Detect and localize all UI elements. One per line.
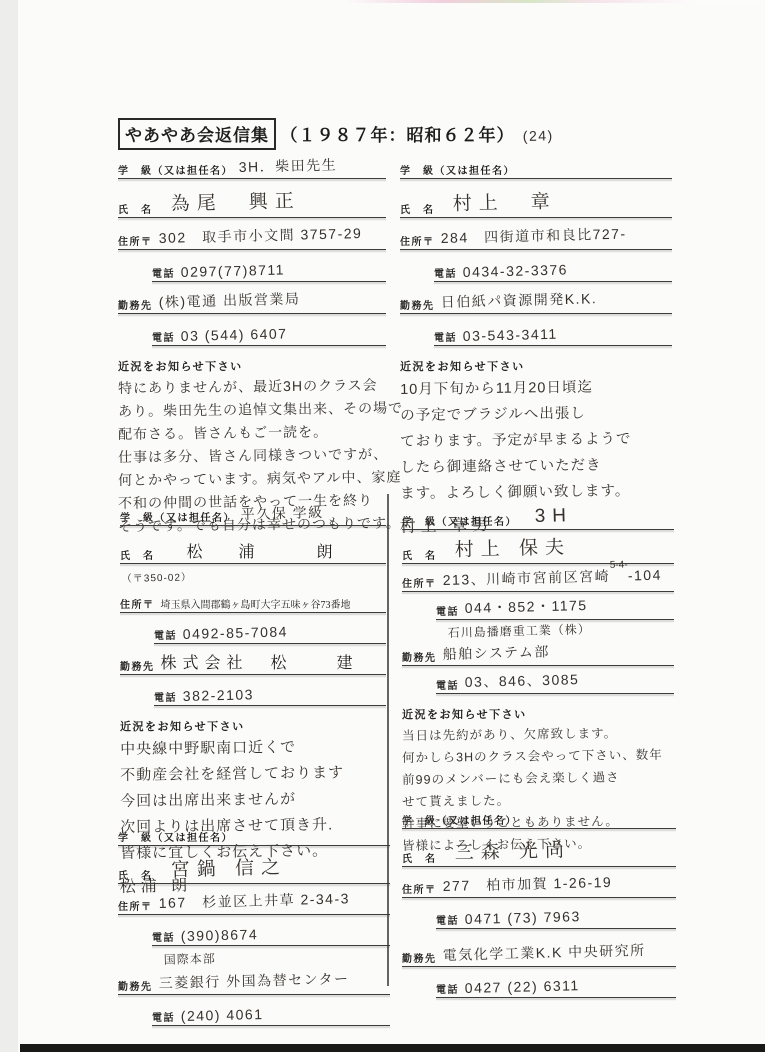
workplace-row: 勤務先 日伯紙パ資源開発K.K. (400, 288, 672, 314)
workplace-label: 勤務先 (402, 649, 437, 664)
work-phone-value: 03、846、3085 (465, 669, 580, 692)
name-label: 氏 名 (118, 867, 153, 882)
class-row: 学 級（又は担任名） (402, 803, 676, 829)
news-label: 近況をお知らせ下さい (400, 358, 672, 374)
class-label: 学 級（又は担任名） (118, 162, 233, 177)
postal-note: （〒350-02） (122, 568, 192, 585)
news-label: 近況をお知らせ下さい (118, 358, 386, 374)
work-phone-value: 382-2103 (183, 686, 255, 704)
name-value: 宮鍋 信之 (170, 852, 287, 882)
workplace-company-line: 石川島播磨重工業（株） (448, 620, 591, 641)
phone-label: 電話 (434, 265, 457, 280)
class-row: 学 級（又は担任名） (400, 153, 672, 179)
class-label: 学 級（又は担任名） (402, 812, 517, 827)
class-value: 平久保 学級 (241, 502, 324, 524)
address-value: 213、川崎市宮前区宮崎5-4--104 (442, 565, 662, 590)
message-line: 不動産会社を経営しております (120, 761, 386, 790)
phone-label: 電話 (436, 603, 459, 618)
work-phone-value: 03 (544) 6407 (181, 325, 288, 344)
phone-row: 電話 0297(77)8711 (152, 256, 386, 282)
workplace-label: 勤務先 (402, 950, 437, 965)
message-line: 10月下旬から11月20日頃迄 (400, 375, 672, 404)
class-row: 学 級（又は担任名） 平久保 学級 (120, 500, 386, 526)
work-phone-row: 電話 03、846、3085 (436, 670, 674, 694)
workplace-value: 株式会社 松 建 (161, 650, 359, 673)
phone-label: 電話 (436, 981, 459, 996)
scan-bottom-edge (20, 1044, 765, 1052)
address-superscript: 5-4- (609, 559, 627, 570)
phone-label: 電話 (434, 329, 457, 344)
address-row: 住所〒 167 杉並区上井草 2-34-3 (118, 889, 390, 915)
class-label: 学 級（又は担任名） (402, 513, 517, 528)
address-row: 住所〒 埼玉県入間郡鶴ヶ島町大字五味ヶ谷73番地 (120, 587, 386, 613)
phone-value: 0492-85-7084 (183, 623, 289, 642)
workplace-row: 勤務先 株式会社 松 建 (120, 649, 386, 675)
address-value: 302 取手市小文間 3757-29 (158, 223, 362, 248)
address-label: 住所〒 (118, 898, 153, 913)
work-phone-row: 電話 03-543-3411 (434, 320, 672, 346)
address-label: 住所〒 (402, 575, 437, 590)
address-label: 住所〒 (400, 233, 435, 248)
workplace-row: 勤務先 三菱銀行 外国為替センター (118, 969, 390, 995)
address-row: 住所〒 302 取手市小文間 3757-29 (118, 224, 386, 250)
name-label: 氏 名 (402, 547, 437, 562)
work-phone-value: 03-543-3411 (463, 326, 558, 344)
phone-label: 電話 (436, 677, 459, 692)
class-value: 3H (534, 505, 573, 528)
class-value: 3H．柴田先生 (239, 155, 338, 177)
message-line: 中央線中野駅南口近くで (120, 735, 386, 764)
workplace-division-note: 国際本部 (164, 950, 216, 968)
workplace-row: 勤務先 (株)電通 出版営業局 (118, 288, 386, 314)
phone-label: 電話 (152, 929, 175, 944)
work-phone-row: 電話 0427 (22) 6311 (436, 972, 676, 998)
name-label: 氏 名 (400, 201, 435, 216)
scan-left-edge (0, 0, 18, 1052)
phone-label: 電話 (154, 627, 177, 642)
address-row: 住所〒 213、川崎市宮前区宮崎5-4--104 (402, 568, 674, 592)
work-phone-value: (240) 4061 (181, 1006, 264, 1024)
phone-value: (390)8674 (181, 926, 259, 944)
name-row: 氏 名 村上 章 (400, 185, 672, 218)
workplace-value: (株)電通 出版営業局 (158, 289, 300, 312)
message-line: ます。よろしく御願い致します。 (400, 479, 672, 508)
work-phone-row: 電話 (240) 4061 (152, 1000, 390, 1026)
address-value: 284 四街道市和良比727- (440, 223, 626, 248)
name-row: 氏 名 松 浦 朗 (120, 531, 386, 564)
phone-value: 044・852・1175 (465, 595, 588, 618)
name-value: 松 浦 朗 (187, 539, 343, 562)
phone-value: 0297(77)8711 (181, 261, 286, 280)
workplace-label: 勤務先 (118, 297, 153, 312)
class-row: 学 級（又は担任名） 3H (402, 506, 674, 530)
phone-label: 電話 (154, 689, 177, 704)
work-phone-row: 電話 382-2103 (154, 680, 386, 706)
page-header: やあやあ会返信集 （１９８７年：昭和６２年） (24) (118, 118, 554, 150)
workplace-value: 船舶システム部 (442, 641, 550, 664)
address-label: 住所〒 (402, 881, 437, 896)
scan-top-edge (340, 0, 760, 3)
workplace-value: 日伯紙パ資源開発K.K. (440, 288, 597, 312)
workplace-label: 勤務先 (400, 297, 435, 312)
workplace-row: 勤務先 船舶システム部 (402, 642, 674, 666)
name-value: 村上 章 (452, 186, 557, 216)
name-label: 氏 名 (402, 850, 437, 865)
workplace-label: 勤務先 (118, 978, 153, 993)
workplace-value: 三菱銀行 外国為替センター (158, 968, 349, 993)
address-value: 167 杉並区上井草 2-34-3 (158, 888, 350, 913)
name-label: 氏 名 (118, 201, 153, 216)
name-value: 村上 保夫 (454, 532, 571, 562)
page-title: やあやあ会返信集 (118, 118, 276, 150)
reply-form-5: 学 級（又は担任名） 氏 名 宮鍋 信之 住所〒 167 杉並区上井草 2-34… (118, 820, 390, 1031)
address-label: 住所〒 (120, 596, 155, 611)
message-line: 今回は出席出来ませんが (120, 787, 386, 816)
message-line: 配布さる。皆さんもご一読を。 (118, 421, 386, 447)
phone-row: 電話 044・852・1175 (436, 596, 674, 620)
phone-row: 電話 0492-85-7084 (154, 618, 386, 644)
message-line: 特にありませんが、最近3Hのクラス会 (118, 375, 386, 401)
phone-label: 電話 (152, 1009, 175, 1024)
class-row: 学 級（又は担任名） 3H．柴田先生 (118, 153, 386, 179)
name-label: 氏 名 (120, 547, 155, 562)
class-label: 学 級（又は担任名） (118, 829, 233, 844)
name-value: 為尾 興正 (170, 186, 301, 216)
phone-value: 0471 (73) 7963 (465, 908, 581, 927)
phone-label: 電話 (436, 912, 459, 927)
message-line: ております。予定が早まるようで (400, 427, 672, 456)
phone-value: 0434-32-3376 (463, 261, 569, 280)
name-value: 三森 光尚 (454, 835, 571, 865)
message-line: あり。柴田先生の追悼文集出来、その場で (118, 398, 386, 424)
address-value: 埼玉県入間郡鶴ヶ島町大字五味ヶ谷73番地 (161, 596, 351, 611)
phone-row: 電話 0471 (73) 7963 (436, 903, 676, 929)
workplace-row: 勤務先 電気化学工業K.K 中央研究所 (402, 941, 676, 967)
class-label: 学 級（又は担任名） (400, 162, 515, 177)
address-row: 住所〒 277 柏市加賀 1-26-19 (402, 872, 676, 898)
message-line: 何とかやっています。病気やアル中、家庭 (118, 467, 386, 493)
news-label: 近況をお知らせ下さい (402, 706, 674, 722)
work-phone-row: 電話 03 (544) 6407 (152, 320, 386, 346)
address-row: 住所〒 284 四街道市和良比727- (400, 224, 672, 250)
address-value: 277 柏市加賀 1-26-19 (442, 872, 612, 896)
workplace-label: 勤務先 (120, 658, 155, 673)
reply-form-6: 学 級（又は担任名） 氏 名 三森 光尚 住所〒 277 柏市加賀 1-26-1… (402, 803, 676, 1003)
news-label: 近況をお知らせ下さい (120, 718, 386, 734)
phone-row: 電話 (390)8674 (152, 920, 390, 946)
class-row: 学 級（又は担任名） (118, 820, 390, 846)
phone-row: 電話 0434-32-3376 (434, 256, 672, 282)
page-number-annotation: (24) (523, 127, 554, 144)
class-label: 学 級（又は担任名） (120, 509, 235, 524)
message-line: 仕事は多分、皆さん同様きついですが、 (118, 444, 386, 470)
work-phone-value: 0427 (22) 6311 (465, 977, 580, 996)
name-row: 氏 名 為尾 興正 (118, 185, 386, 218)
workplace-value: 電気化学工業K.K 中央研究所 (442, 940, 645, 965)
reply-form-2: 学 級（又は担任名） 氏 名 村上 章 住所〒 284 四街道市和良比727- … (400, 153, 672, 537)
address-label: 住所〒 (118, 233, 153, 248)
message-line: の予定でブラジルへ出張し (400, 401, 672, 430)
name-row: 氏 名 三森 光尚 (402, 834, 676, 867)
name-row: 氏 名 村上 保夫 (402, 534, 674, 564)
page-title-year: （１９８７年：昭和６２年） (280, 126, 514, 145)
news-message: 10月下旬から11月20日頃迄 の予定でブラジルへ出張し ております。予定が早ま… (400, 378, 672, 508)
message-line: したら御連絡させていただき (400, 453, 672, 482)
reply-form-1: 学 級（又は担任名） 3H．柴田先生 氏 名 為尾 興正 住所〒 302 取手市… (118, 153, 386, 539)
name-row: 氏 名 宮鍋 信之 (118, 851, 390, 884)
phone-label: 電話 (152, 329, 175, 344)
phone-label: 電話 (152, 265, 175, 280)
